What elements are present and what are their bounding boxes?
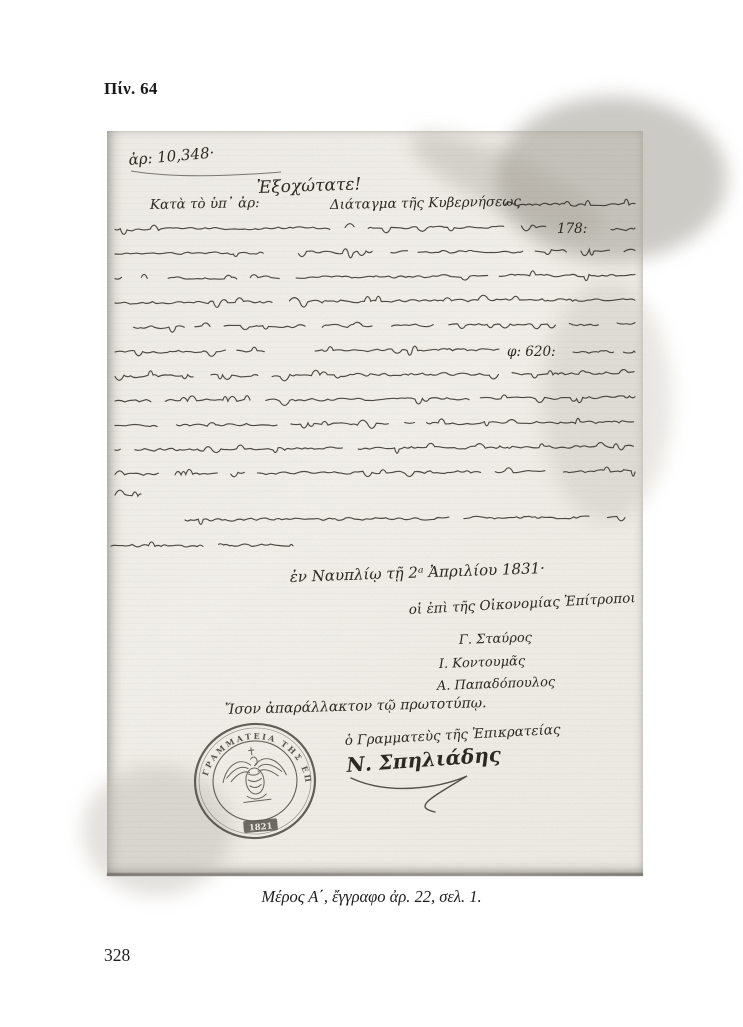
body-decree-phrase: Διάταγμα τῆς Κυβερνήσεως — [329, 194, 522, 213]
reference-number-178: 178: — [557, 221, 587, 237]
signature-2: Ι. Κοντουμᾶς — [438, 654, 526, 672]
seal-year: 1821 — [248, 822, 273, 834]
reference-number-620: φ: 620: — [507, 344, 556, 360]
plate-label: Πίν. 64 — [104, 79, 158, 99]
page-number: 328 — [104, 945, 130, 966]
scan-edge-shadow — [107, 873, 643, 876]
body-opening-phrase: Κατὰ τὸ ὑπ᾽ ἀρ: — [149, 195, 260, 213]
book-page: Πίν. 64 ἀρ: 10,348· Ἐξοχώτατε! Κατὰ τὸ ὑ… — [0, 0, 743, 1027]
scanned-document-photo: ἀρ: 10,348· Ἐξοχώτατε! Κατὰ τὸ ὑπ᾽ ἀρ: Δ… — [107, 131, 643, 876]
figure-caption: Μέρος Α΄, ἔγγραφο ἀρ. 22, σελ. 1. — [0, 887, 743, 907]
signature-1: Γ. Σταύρος — [458, 630, 533, 648]
salutation: Ἐξοχώτατε! — [256, 174, 361, 198]
manuscript-content: ἀρ: 10,348· Ἐξοχώτατε! Κατὰ τὸ ὑπ᾽ ἀρ: Δ… — [107, 131, 643, 876]
